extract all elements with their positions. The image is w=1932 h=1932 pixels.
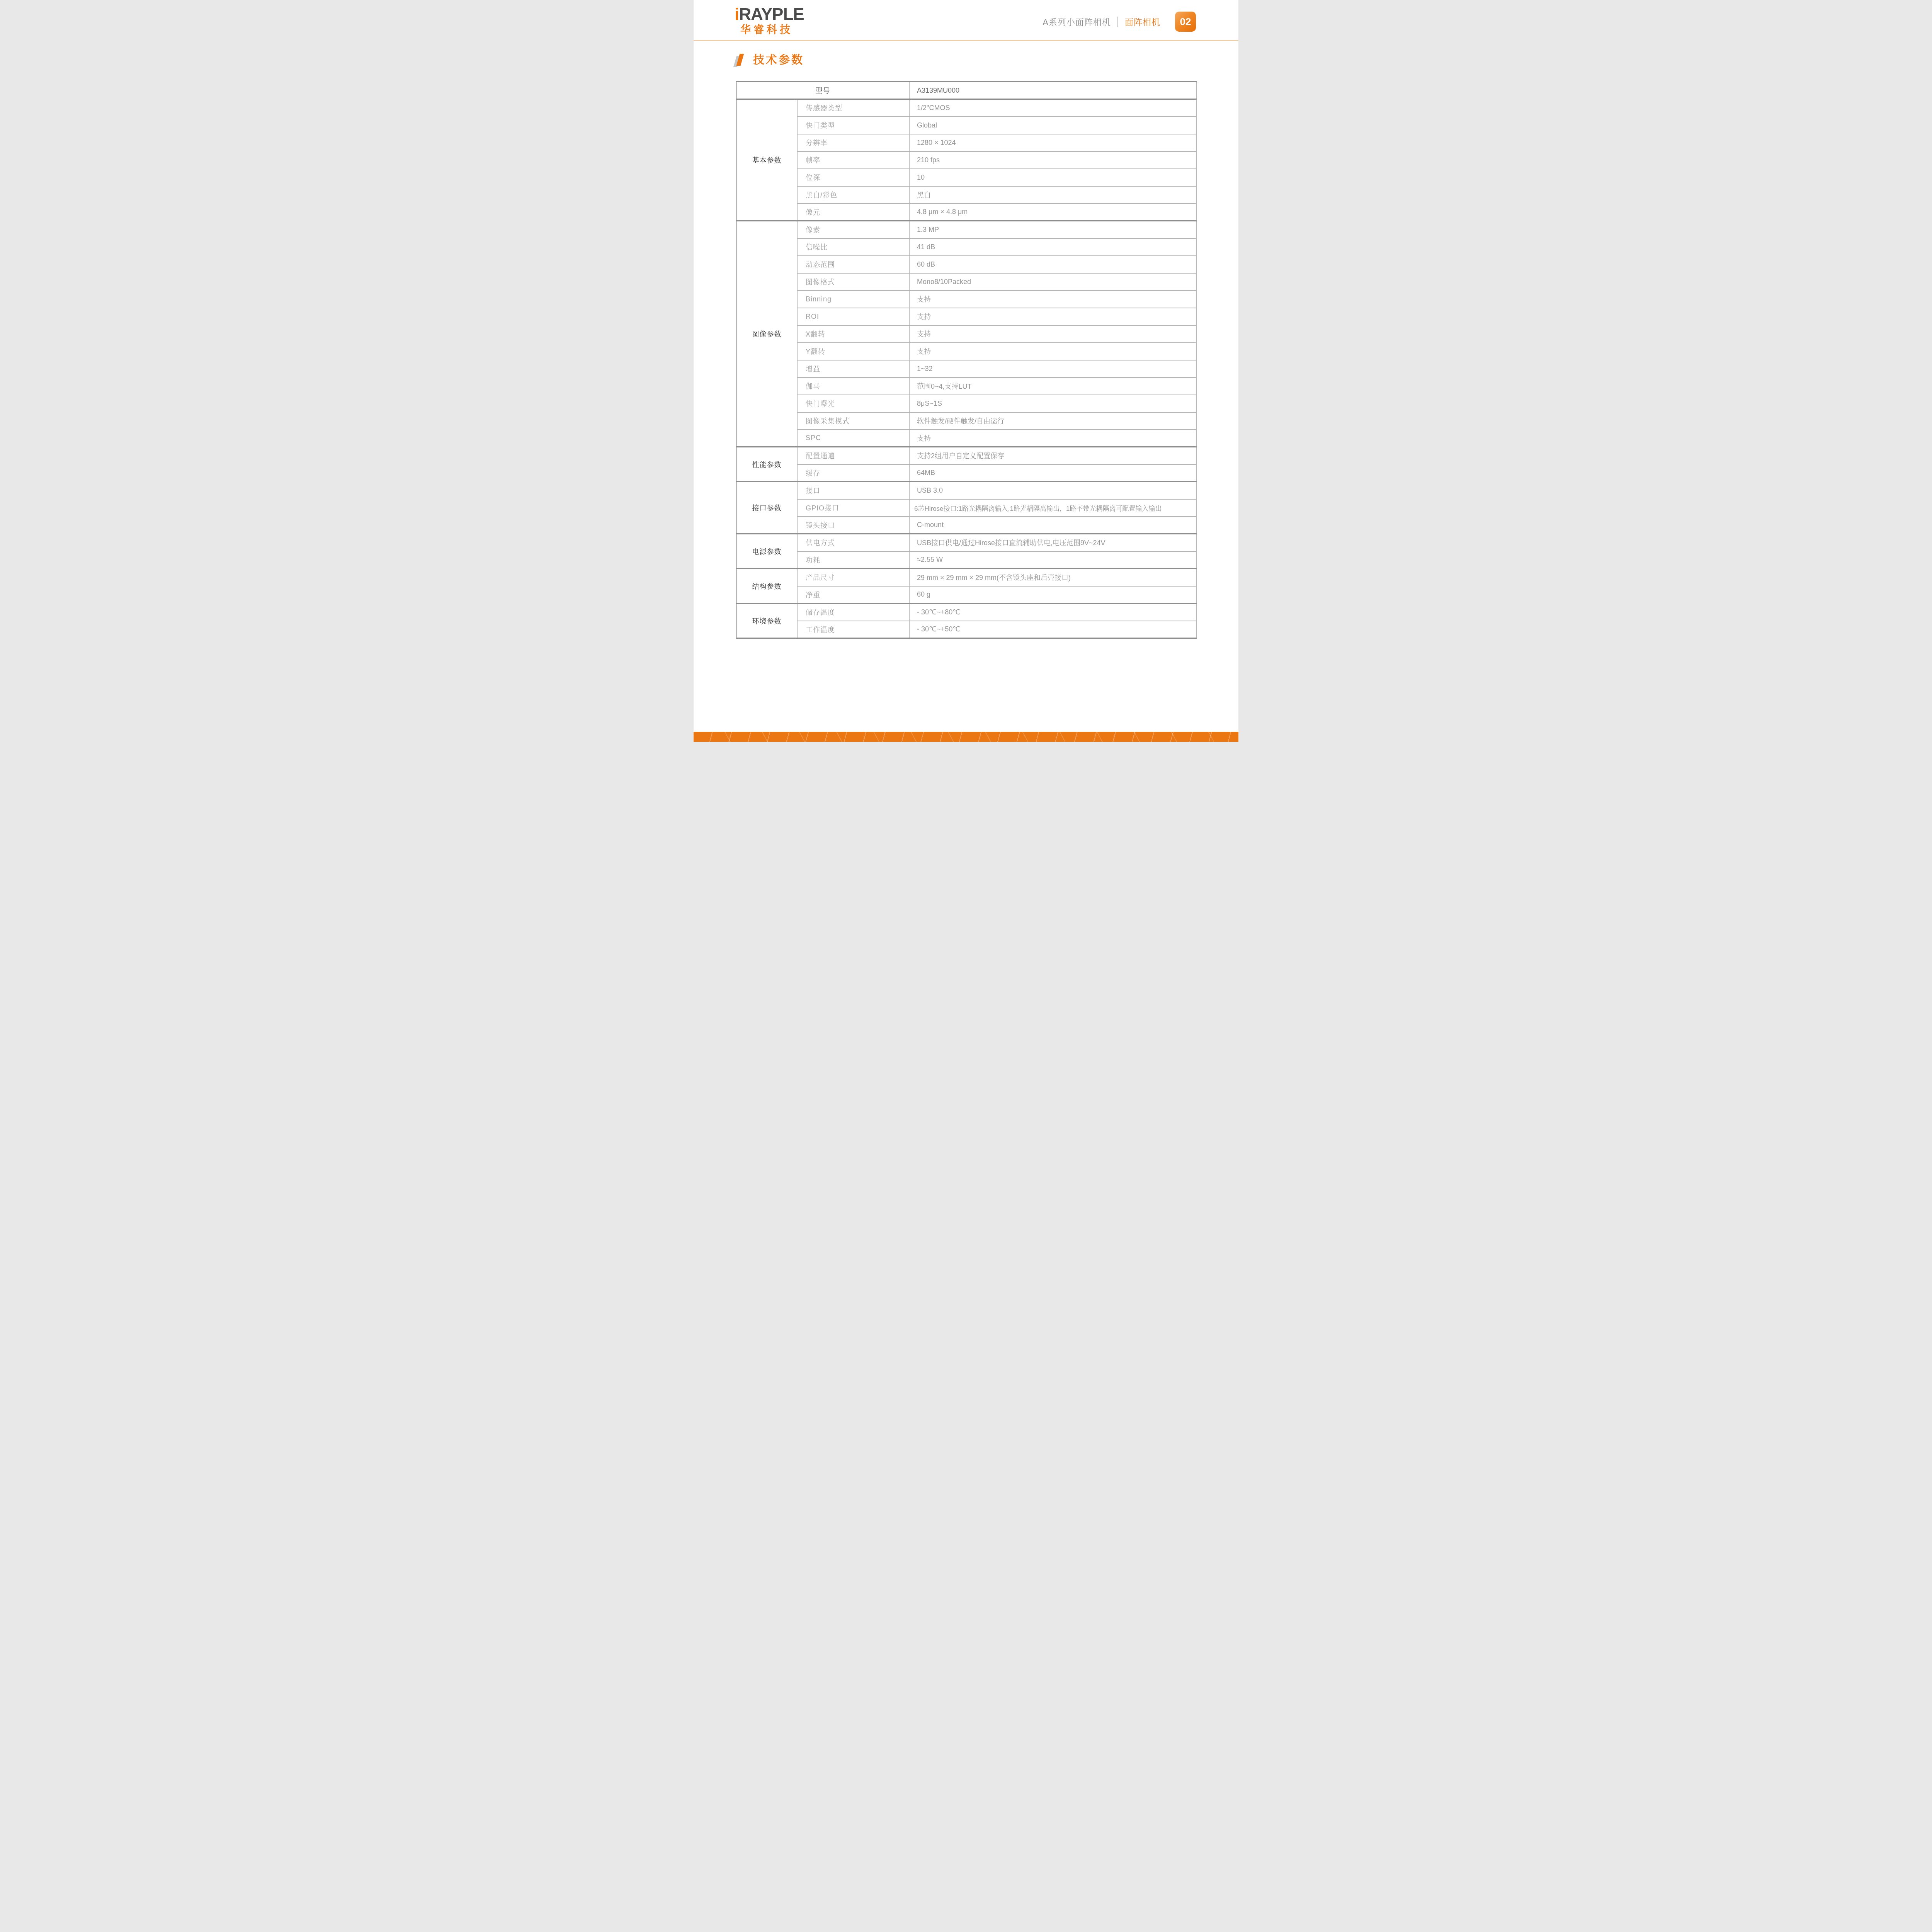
- table-row: X翻转支持: [736, 325, 1196, 343]
- group-label-cell: 性能参数: [736, 447, 797, 482]
- table-row: 分辨率1280 × 1024: [736, 134, 1196, 151]
- section-title-text: 技术参数: [753, 55, 804, 66]
- company-logo: iRAYPLE 华睿科技: [735, 6, 804, 35]
- group-label-cell: 基本参数: [736, 99, 797, 221]
- table-row: SPC支持: [736, 430, 1196, 447]
- param-value-cell: ≈2.55 W: [909, 551, 1196, 569]
- spec-table: 型号 A3139MU000 基本参数 传感器类型 1/2"CMOS 快门类型Gl…: [736, 81, 1197, 639]
- param-name-cell: 储存温度: [797, 604, 909, 621]
- header-divider: [1117, 17, 1118, 27]
- param-name-cell: Binning: [797, 291, 909, 308]
- param-name-cell: 快门曝光: [797, 395, 909, 412]
- param-name-cell: 分辨率: [797, 134, 909, 151]
- datasheet-page: iRAYPLE 华睿科技 A系列小面阵相机 面阵相机 02 技术参数 型号 A3…: [694, 0, 1238, 742]
- param-name-cell: 传感器类型: [797, 99, 909, 117]
- param-name-cell: 像元: [797, 204, 909, 221]
- param-name-cell: 功耗: [797, 551, 909, 569]
- param-name-cell: 图像格式: [797, 273, 909, 291]
- param-value-cell: 1.3 MP: [909, 221, 1196, 238]
- table-row: 环境参数 储存温度 - 30℃~+80℃: [736, 604, 1196, 621]
- group-label-cell: 结构参数: [736, 569, 797, 604]
- param-value-cell: 10: [909, 169, 1196, 186]
- param-name-cell: 像素: [797, 221, 909, 238]
- param-value-cell: 1~32: [909, 360, 1196, 378]
- table-row: 图像格式Mono8/10Packed: [736, 273, 1196, 291]
- param-name-cell: 图像采集模式: [797, 412, 909, 430]
- slash-icon: [735, 53, 746, 67]
- table-row: 快门类型Global: [736, 117, 1196, 134]
- doc-title: A系列小面阵相机: [1043, 16, 1111, 28]
- param-name-cell: SPC: [797, 430, 909, 447]
- param-value-cell: - 30℃~+80℃: [909, 604, 1196, 621]
- param-name-cell: 黑白/彩色: [797, 186, 909, 204]
- param-value-cell: C-mount: [909, 517, 1196, 534]
- group-label-cell: 图像参数: [736, 221, 797, 447]
- param-name-cell: 接口: [797, 482, 909, 499]
- param-value-cell: 64MB: [909, 464, 1196, 482]
- table-row: 图像采集模式软件触发/硬件触发/自由运行: [736, 412, 1196, 430]
- table-row: Y翻转支持: [736, 343, 1196, 360]
- param-value-cell: 支持: [909, 291, 1196, 308]
- param-value-cell: 6芯Hirose接口:1路光耦隔离输入,1路光耦隔离输出，1路不带光耦隔离可配置…: [909, 499, 1196, 517]
- param-name-cell: 帧率: [797, 151, 909, 169]
- table-row: 像元4.8 μm × 4.8 μm: [736, 204, 1196, 221]
- param-value-cell: 支持: [909, 430, 1196, 447]
- param-value-cell: 支持: [909, 343, 1196, 360]
- param-value-cell: 1/2"CMOS: [909, 99, 1196, 117]
- param-name-cell: 快门类型: [797, 117, 909, 134]
- table-row: 伽马范围0~4,支持LUT: [736, 378, 1196, 395]
- param-value-cell: Mono8/10Packed: [909, 273, 1196, 291]
- param-name-cell: 增益: [797, 360, 909, 378]
- param-name-cell: 供电方式: [797, 534, 909, 551]
- param-name-cell: 伽马: [797, 378, 909, 395]
- param-value-cell: 210 fps: [909, 151, 1196, 169]
- param-value-cell: 60 g: [909, 586, 1196, 604]
- table-row: 缓存64MB: [736, 464, 1196, 482]
- footer-band: [694, 732, 1238, 742]
- param-name-cell: GPIO接口: [797, 499, 909, 517]
- param-name-cell: 镜头接口: [797, 517, 909, 534]
- table-row: Binning支持: [736, 291, 1196, 308]
- param-name-cell: X翻转: [797, 325, 909, 343]
- param-value-cell: Global: [909, 117, 1196, 134]
- param-value-cell: 60 dB: [909, 256, 1196, 273]
- param-value-cell: 41 dB: [909, 238, 1196, 256]
- table-row: ROI支持: [736, 308, 1196, 325]
- logo-letters-rest: RAYPLE: [739, 5, 804, 24]
- param-name-cell: 工作温度: [797, 621, 909, 638]
- table-row: 帧率210 fps: [736, 151, 1196, 169]
- group-label-cell: 环境参数: [736, 604, 797, 638]
- param-name-cell: 信噪比: [797, 238, 909, 256]
- section-title: 技术参数: [735, 53, 804, 67]
- param-value-cell: 1280 × 1024: [909, 134, 1196, 151]
- param-name-cell: 净重: [797, 586, 909, 604]
- table-row: 性能参数 配置通道 支持2组用户自定义配置保存: [736, 447, 1196, 464]
- logo-chinese-name: 华睿科技: [740, 25, 804, 35]
- param-value-cell: USB 3.0: [909, 482, 1196, 499]
- logo-wordmark: iRAYPLE: [735, 6, 804, 23]
- param-name-cell: 动态范围: [797, 256, 909, 273]
- group-label-cell: 电源参数: [736, 534, 797, 569]
- table-row: 位深10: [736, 169, 1196, 186]
- model-value-cell: A3139MU000: [909, 82, 1196, 99]
- param-value-cell: 8μS~1S: [909, 395, 1196, 412]
- param-value-cell: 支持: [909, 325, 1196, 343]
- table-row: 黑白/彩色黑白: [736, 186, 1196, 204]
- table-row: 图像参数 像素 1.3 MP: [736, 221, 1196, 238]
- table-row: 信噪比41 dB: [736, 238, 1196, 256]
- param-value-cell: 范围0~4,支持LUT: [909, 378, 1196, 395]
- param-name-cell: 位深: [797, 169, 909, 186]
- table-row: 增益1~32: [736, 360, 1196, 378]
- table-row: 型号 A3139MU000: [736, 82, 1196, 99]
- param-name-cell: 配置通道: [797, 447, 909, 464]
- table-row: 功耗≈2.55 W: [736, 551, 1196, 569]
- param-value-cell: 支持2组用户自定义配置保存: [909, 447, 1196, 464]
- header-rule-line: [694, 40, 1238, 41]
- header-meta: A系列小面阵相机 面阵相机 02: [1043, 11, 1196, 32]
- table-row: 工作温度- 30℃~+50℃: [736, 621, 1196, 638]
- param-value-cell: 29 mm × 29 mm × 29 mm(不含镜头座和后壳接口): [909, 569, 1196, 586]
- table-row: 接口参数 接口 USB 3.0: [736, 482, 1196, 499]
- table-row: 电源参数 供电方式 USB接口供电/通过Hirose接口直流辅助供电,电压范围9…: [736, 534, 1196, 551]
- param-name-cell: Y翻转: [797, 343, 909, 360]
- param-value-cell: 支持: [909, 308, 1196, 325]
- table-row: 快门曝光8μS~1S: [736, 395, 1196, 412]
- table-row: 动态范围60 dB: [736, 256, 1196, 273]
- table-row: GPIO接口6芯Hirose接口:1路光耦隔离输入,1路光耦隔离输出，1路不带光…: [736, 499, 1196, 517]
- category-label: 面阵相机: [1125, 16, 1160, 28]
- param-value-cell: USB接口供电/通过Hirose接口直流辅助供电,电压范围9V~24V: [909, 534, 1196, 551]
- param-value-cell: 4.8 μm × 4.8 μm: [909, 204, 1196, 221]
- param-value-cell: 黑白: [909, 186, 1196, 204]
- param-value-cell: 软件触发/硬件触发/自由运行: [909, 412, 1196, 430]
- model-label-cell: 型号: [736, 82, 909, 99]
- table-row: 结构参数 产品尺寸 29 mm × 29 mm × 29 mm(不含镜头座和后壳…: [736, 569, 1196, 586]
- param-name-cell: 缓存: [797, 464, 909, 482]
- param-value-cell: - 30℃~+50℃: [909, 621, 1196, 638]
- param-name-cell: ROI: [797, 308, 909, 325]
- group-label-cell: 接口参数: [736, 482, 797, 534]
- param-name-cell: 产品尺寸: [797, 569, 909, 586]
- logo-letter-i: i: [735, 5, 739, 24]
- table-row: 镜头接口C-mount: [736, 517, 1196, 534]
- table-row: 净重60 g: [736, 586, 1196, 604]
- page-number-badge: 02: [1175, 12, 1196, 32]
- table-row: 基本参数 传感器类型 1/2"CMOS: [736, 99, 1196, 117]
